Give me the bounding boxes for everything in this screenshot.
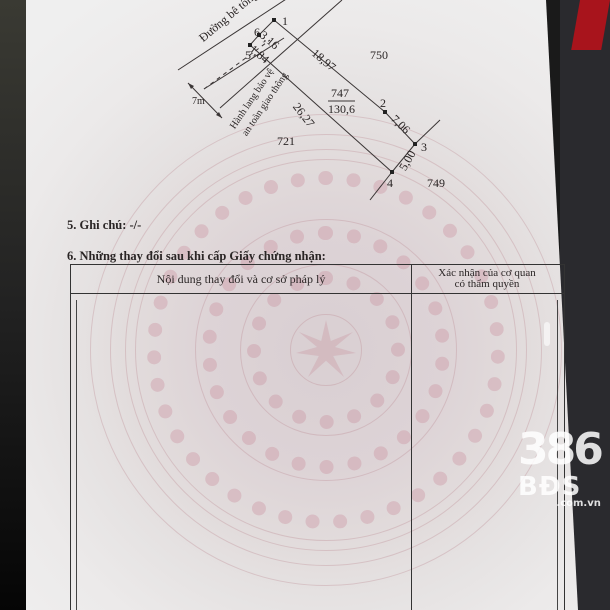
point-1-label: 1 [282, 14, 288, 29]
table-header-confirmation: Xác nhận của cơ quan có thẩm quyền [412, 268, 562, 290]
neighbor-parcel-749: 749 [427, 176, 445, 191]
parcel-number: 747 [331, 86, 349, 101]
parcel-area: 130,6 [328, 102, 355, 117]
point-2-label: 2 [380, 96, 386, 111]
section-6-heading: 6. Những thay đổi sau khi cấp Giấy chứng… [67, 249, 326, 264]
386bds-watermark: 386 BĐS .com.vn [518, 428, 601, 509]
table-header-divider [71, 293, 564, 294]
neighbor-parcel-750: 750 [370, 48, 388, 63]
staple-mark [544, 322, 550, 346]
section-5-notes: 5. Ghi chú: -/- [67, 218, 141, 233]
point-4-label: 4 [387, 176, 393, 191]
point-3-label: 3 [421, 140, 427, 155]
table-header-content: Nội dung thay đổi và cơ sở pháp lý [71, 272, 411, 287]
neighbor-parcel-721: 721 [277, 134, 295, 149]
table-column-divider [411, 265, 412, 610]
table-inner-left-line [76, 300, 77, 610]
changes-table: Nội dung thay đổi và cơ sở pháp lý Xác n… [70, 264, 565, 610]
corridor-width-label: 7m [192, 96, 205, 107]
